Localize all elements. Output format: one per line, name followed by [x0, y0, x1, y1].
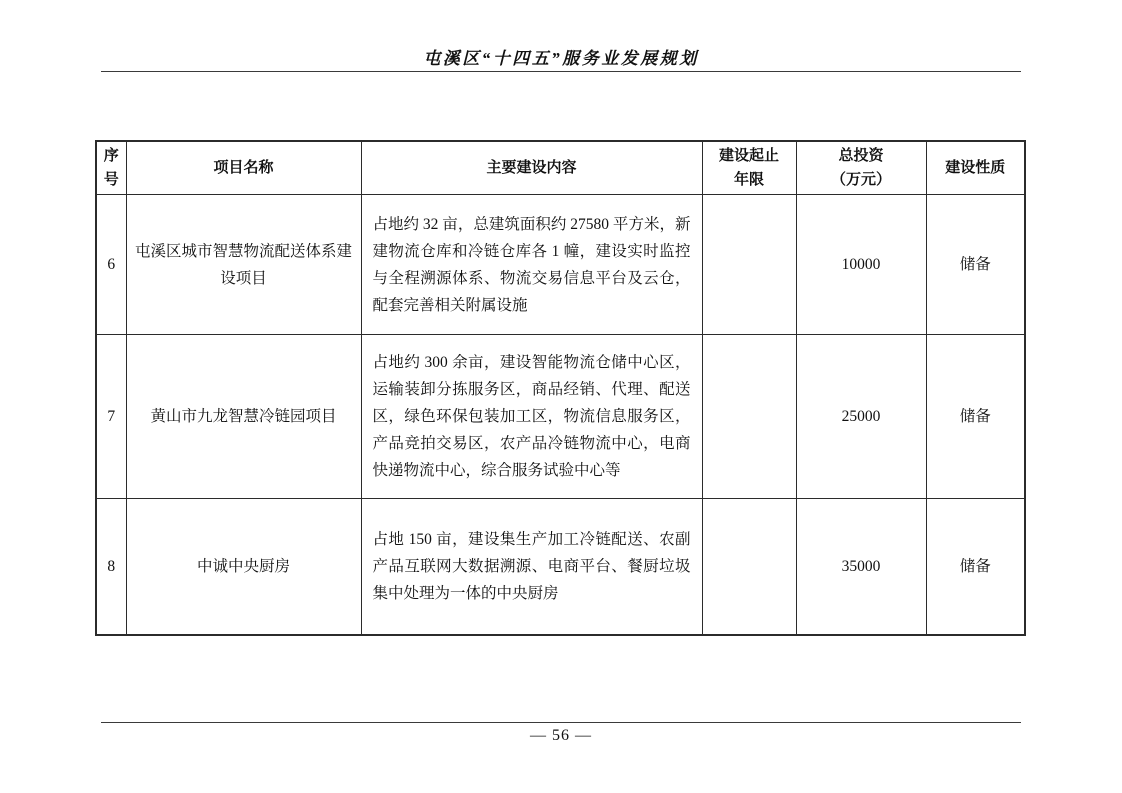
cell-project-name: 黄山市九龙智慧冷链园项目 — [126, 335, 361, 499]
cell-total-investment: 10000 — [796, 195, 926, 335]
cell-total-investment: 35000 — [796, 499, 926, 635]
cell-construction-nature: 储备 — [926, 499, 1025, 635]
header-rule — [101, 71, 1021, 72]
column-header-seq: 序号 — [96, 141, 126, 195]
document-page: 屯溪区“十四五”服务业发展规划 序号 项目名称 主要建设内容 建设起止 年限 总… — [0, 0, 1122, 793]
column-header-main-content: 主要建设内容 — [361, 141, 702, 195]
cell-seq: 8 — [96, 499, 126, 635]
cell-main-content: 占地约 300 余亩，建设智能物流仓储中心区，运输装卸分拣服务区，商品经销、代理… — [361, 335, 702, 499]
cell-project-name: 中诚中央厨房 — [126, 499, 361, 635]
cell-seq: 7 — [96, 335, 126, 499]
cell-construction-period — [702, 335, 796, 499]
table-header-row: 序号 项目名称 主要建设内容 建设起止 年限 总投资 （万元） 建设性质 — [96, 141, 1025, 195]
column-header-construction-nature: 建设性质 — [926, 141, 1025, 195]
cell-construction-period — [702, 499, 796, 635]
cell-total-investment: 25000 — [796, 335, 926, 499]
column-header-total-investment: 总投资 （万元） — [796, 141, 926, 195]
cell-construction-nature: 储备 — [926, 335, 1025, 499]
table-row: 6 屯溪区城市智慧物流配送体系建设项目 占地约 32 亩，总建筑面积约 2758… — [96, 195, 1025, 335]
cell-main-content: 占地 150 亩，建设集生产加工冷链配送、农副产品互联网大数据溯源、电商平台、餐… — [361, 499, 702, 635]
projects-table: 序号 项目名称 主要建设内容 建设起止 年限 总投资 （万元） 建设性质 6 屯… — [95, 140, 1026, 636]
table-row: 7 黄山市九龙智慧冷链园项目 占地约 300 余亩，建设智能物流仓储中心区，运输… — [96, 335, 1025, 499]
cell-construction-nature: 储备 — [926, 195, 1025, 335]
column-header-construction-period: 建设起止 年限 — [702, 141, 796, 195]
table-row: 8 中诚中央厨房 占地 150 亩，建设集生产加工冷链配送、农副产品互联网大数据… — [96, 499, 1025, 635]
footer-rule — [101, 722, 1021, 723]
cell-seq: 6 — [96, 195, 126, 335]
column-header-project-name: 项目名称 — [126, 141, 361, 195]
cell-project-name: 屯溪区城市智慧物流配送体系建设项目 — [126, 195, 361, 335]
document-title: 屯溪区“十四五”服务业发展规划 — [0, 44, 1122, 69]
page-number: — 56 — — [0, 727, 1122, 745]
cell-main-content: 占地约 32 亩，总建筑面积约 27580 平方米，新建物流仓库和冷链仓库各 1… — [361, 195, 702, 335]
cell-construction-period — [702, 195, 796, 335]
